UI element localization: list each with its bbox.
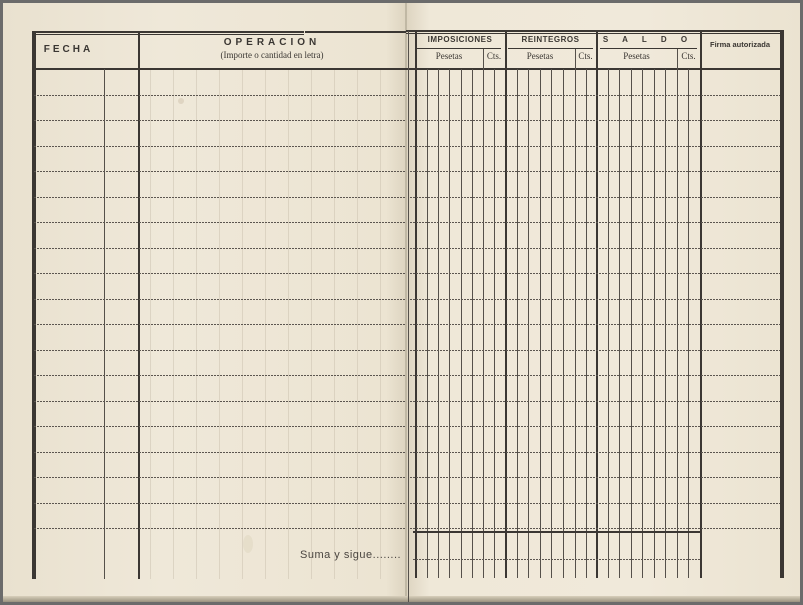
right-page [406, 3, 800, 602]
suma-y-sigue-label: Suma y sigue........ [300, 549, 401, 561]
saldo-pesetas-label: Pesetas [596, 51, 677, 61]
row-line [410, 95, 780, 96]
row-line [34, 299, 406, 300]
top-rule-right [406, 30, 783, 32]
left-page [3, 3, 406, 602]
imposiciones-pesetas-label: Pesetas [415, 51, 483, 61]
header-operacion: OPERACION [138, 37, 406, 48]
imposiciones-cts-label: Cts. [483, 51, 505, 61]
fecha-operacion-divider [138, 31, 140, 579]
saldo-cts-label: Cts. [677, 51, 700, 61]
row-line [410, 350, 780, 351]
totals-top-rule [413, 531, 700, 533]
top-rule-right-2 [406, 33, 783, 34]
row-line [410, 197, 780, 198]
paper-stain [178, 98, 184, 104]
row-line [410, 248, 780, 249]
cts-divider [483, 49, 484, 578]
section-divider [505, 31, 507, 578]
row-line [34, 95, 406, 96]
row-line [34, 350, 406, 351]
scanned-ledger-spread: FECHA OPERACION (Importe o cantidad en l… [0, 0, 803, 605]
section-divider [415, 31, 417, 578]
row-line [34, 426, 406, 427]
header-imposiciones: IMPOSICIONES [415, 35, 505, 44]
paper-stain [243, 535, 253, 553]
imposiciones-underline [417, 48, 501, 49]
row-line [410, 477, 780, 478]
row-line [410, 273, 780, 274]
page-edge-shadow [3, 596, 800, 602]
row-line [34, 273, 406, 274]
left-page-inner-edge [408, 31, 409, 602]
row-line [410, 375, 780, 376]
top-rule-left-2 [33, 34, 304, 35]
reintegros-underline [508, 48, 593, 49]
row-line [34, 146, 406, 147]
saldo-underline [600, 48, 697, 49]
section-divider [596, 31, 598, 578]
section-divider [700, 31, 702, 578]
row-line [34, 248, 406, 249]
header-saldo: S A L D O [596, 35, 700, 44]
row-line [410, 426, 780, 427]
reintegros-cts-label: Cts. [575, 51, 596, 61]
header-reintegros: REINTEGROS [505, 35, 596, 44]
row-line [410, 528, 780, 529]
header-firma-autorizada: Firma autorizada [700, 40, 780, 49]
row-line [410, 146, 780, 147]
row-line [410, 452, 780, 453]
header-fecha: FECHA [33, 44, 104, 55]
row-line [410, 503, 780, 504]
totals-bottom-rule [413, 559, 700, 560]
cts-divider [677, 49, 678, 578]
row-line [34, 452, 406, 453]
header-operacion-subtitle: (Importe o cantidad en letra) [138, 50, 406, 60]
row-line [34, 528, 406, 529]
top-rule-mid [305, 31, 406, 33]
row-line [34, 222, 406, 223]
page-fold [405, 3, 407, 602]
row-line [34, 120, 406, 121]
row-line [34, 324, 406, 325]
left-outer-border [32, 31, 36, 579]
row-line [410, 222, 780, 223]
row-line [34, 401, 406, 402]
row-line [34, 171, 406, 172]
row-line [34, 477, 406, 478]
row-line [410, 401, 780, 402]
row-line [410, 324, 780, 325]
cts-divider [575, 49, 576, 578]
row-line [34, 197, 406, 198]
row-line [34, 375, 406, 376]
row-line [410, 120, 780, 121]
row-line [34, 503, 406, 504]
row-line [410, 171, 780, 172]
row-line [410, 299, 780, 300]
reintegros-pesetas-label: Pesetas [505, 51, 575, 61]
right-outer-border [780, 30, 784, 578]
top-rule-left [33, 31, 304, 33]
